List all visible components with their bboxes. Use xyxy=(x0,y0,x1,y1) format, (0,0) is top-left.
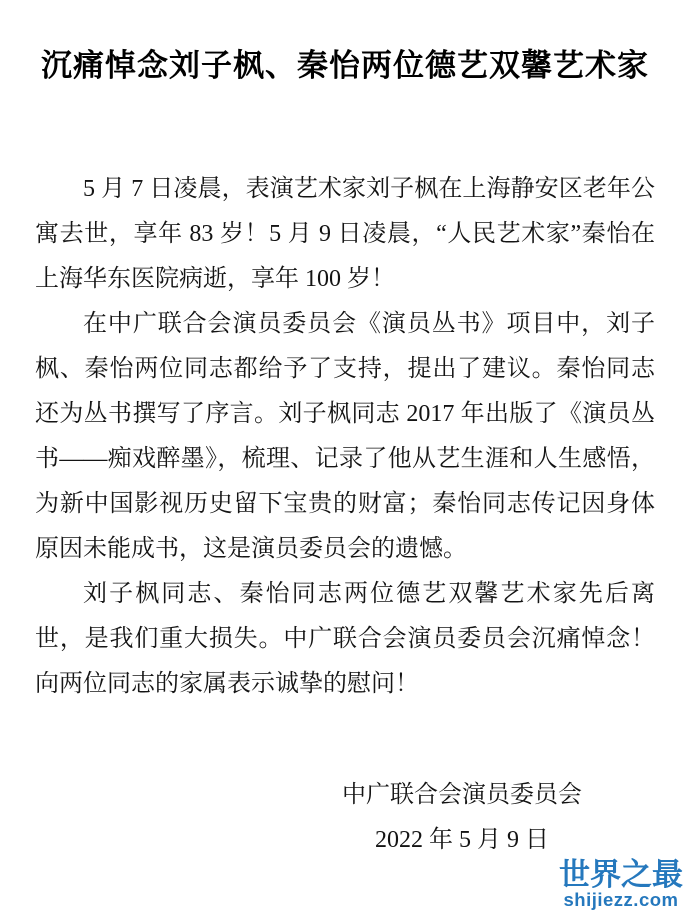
document-page: 沉痛悼念刘子枫、秦怡两位德艺双馨艺术家 5 月 7 日凌晨，表演艺术家刘子枫在上… xyxy=(0,0,690,915)
watermark: 世界之最 shijiezz.com xyxy=(559,859,683,910)
body-paragraph-1: 5 月 7 日凌晨，表演艺术家刘子枫在上海静安区老年公寓去世，享年 83 岁！5… xyxy=(35,167,655,302)
body-paragraph-2: 在中广联合会演员委员会《演员丛书》项目中，刘子枫、秦怡两位同志都给予了支持，提出… xyxy=(35,302,655,572)
watermark-site-url: shijiezz.com xyxy=(559,891,683,910)
body-paragraph-3: 刘子枫同志、秦怡同志两位德艺双馨艺术家先后离世，是我们重大损失。中广联合会演员委… xyxy=(35,572,655,707)
signature-block: 中广联合会演员委员会 2022 年 5 月 9 日 xyxy=(292,773,632,863)
document-body: 5 月 7 日凌晨，表演艺术家刘子枫在上海静安区老年公寓去世，享年 83 岁！5… xyxy=(35,167,655,707)
document-title: 沉痛悼念刘子枫、秦怡两位德艺双馨艺术家 xyxy=(20,45,670,87)
watermark-logo-text: 世界之最 xyxy=(559,859,683,890)
signature-org: 中广联合会演员委员会 xyxy=(292,773,632,818)
